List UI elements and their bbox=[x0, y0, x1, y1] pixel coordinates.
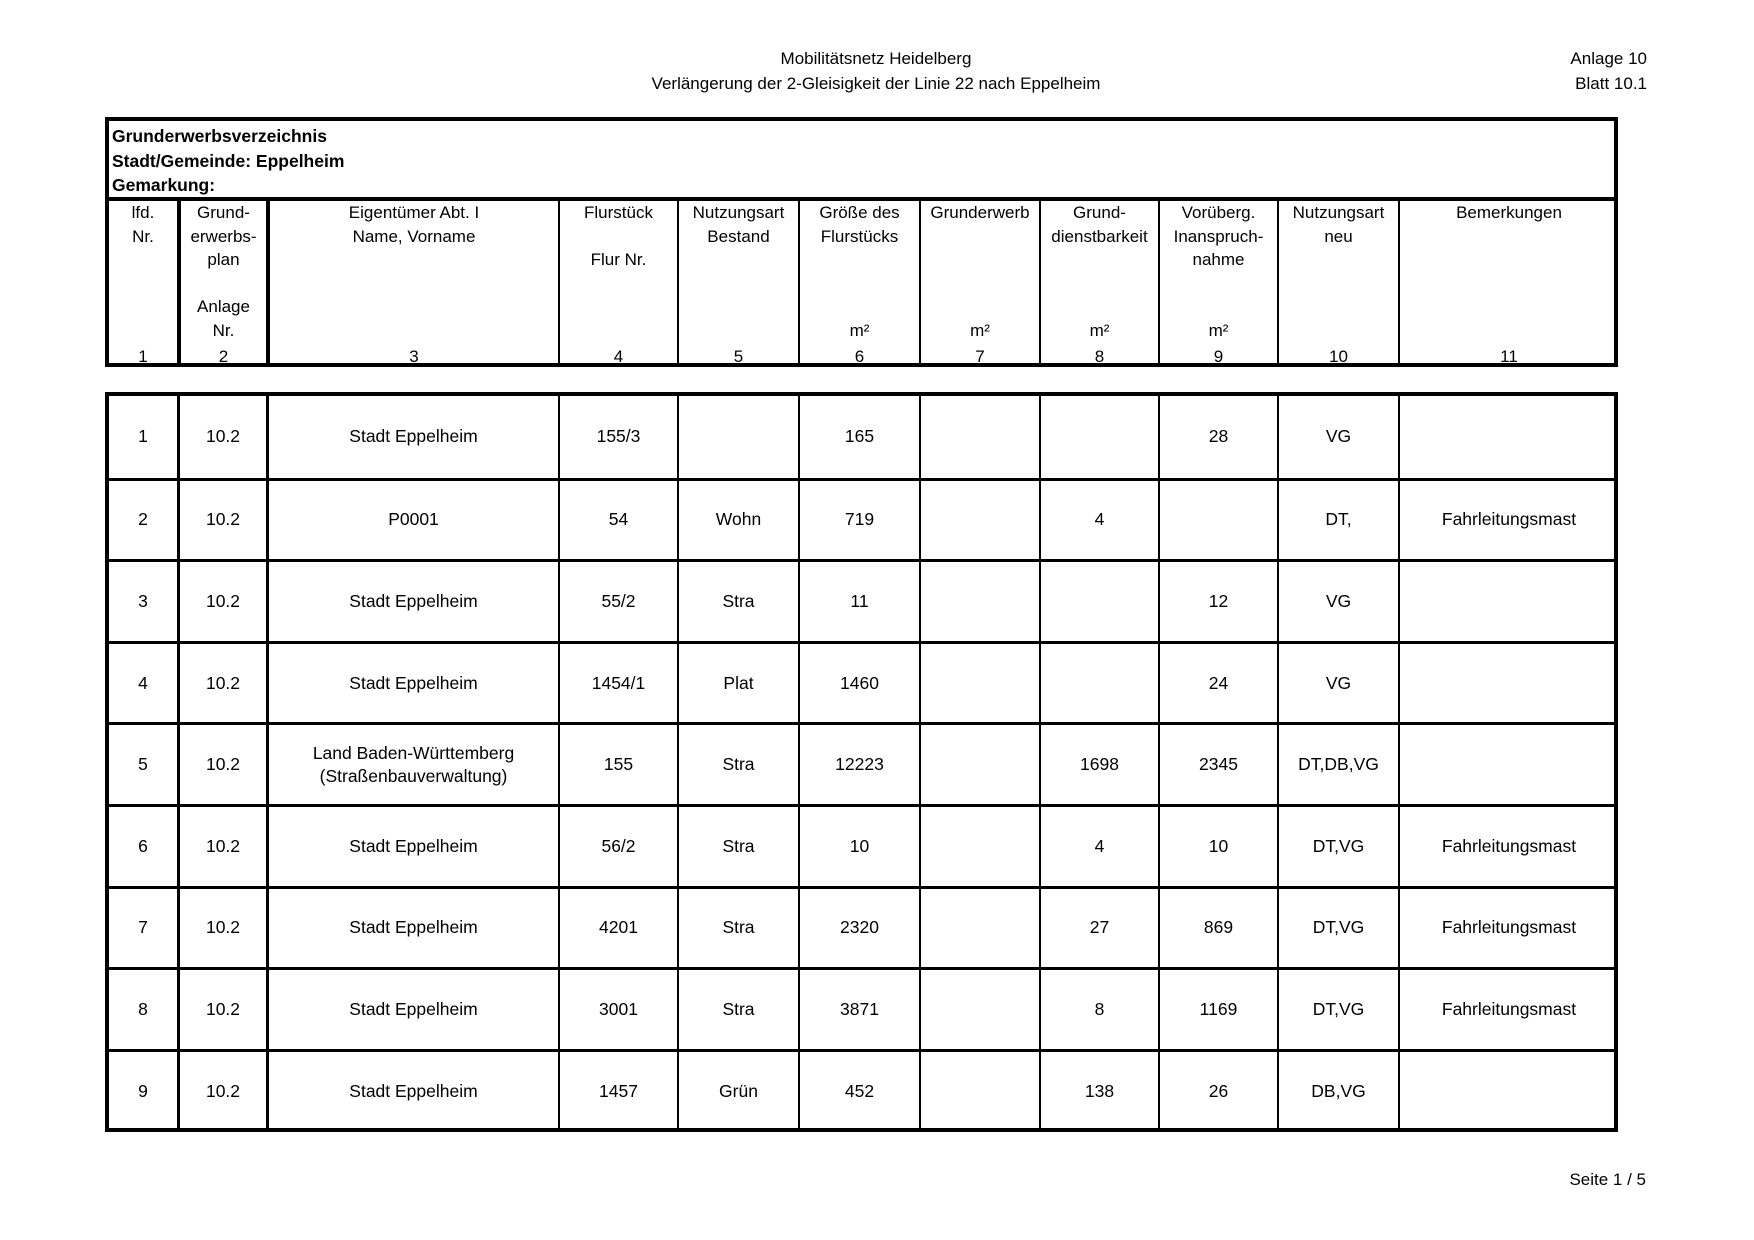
cell-value: 155 bbox=[604, 753, 633, 776]
cell-nutzungsart-neu: DB,VG bbox=[1277, 1052, 1398, 1131]
cell-value: 165 bbox=[845, 425, 874, 448]
cell-value: Stadt Eppelheim bbox=[349, 916, 477, 939]
cell-value: 3871 bbox=[840, 998, 879, 1021]
cell-value: DT,DB,VG bbox=[1298, 753, 1379, 776]
cell-plan-nr: 10.2 bbox=[177, 889, 266, 968]
anlage-label: Anlage 10 bbox=[1570, 46, 1647, 71]
table-row: 310.2Stadt Eppelheim55/2Stra1112VG bbox=[109, 559, 1614, 641]
table-row: 210.2P000154Wohn7194DT,Fahrleitungsmast bbox=[109, 478, 1614, 560]
cell-dienstbarkeit: 27 bbox=[1039, 889, 1158, 968]
cell-plan-nr: 10.2 bbox=[177, 562, 266, 641]
cell-groesse: 165 bbox=[798, 396, 919, 478]
cell-nutzungsart-neu: DT,DB,VG bbox=[1277, 725, 1398, 804]
cell-owner: Stadt Eppelheim bbox=[266, 970, 558, 1049]
cell-flurstueck: 1454/1 bbox=[558, 644, 677, 723]
cell-owner: Stadt Eppelheim bbox=[266, 396, 558, 478]
column-header-text: Vorüberg. bbox=[1160, 201, 1277, 225]
sheet-reference: Anlage 10 Blatt 10.1 bbox=[1570, 46, 1647, 96]
cell-value: Stadt Eppelheim bbox=[349, 590, 477, 613]
cell-value: 10.2 bbox=[206, 425, 240, 448]
cell-value: Fahrleitungsmast bbox=[1442, 835, 1576, 858]
cell-bemerkungen: Fahrleitungsmast bbox=[1398, 481, 1618, 560]
cell-lfd-nr: 1 bbox=[109, 396, 177, 478]
column-header-bemerkungen: Bemerkungen11 bbox=[1398, 201, 1618, 363]
cell-groesse: 3871 bbox=[798, 970, 919, 1049]
column-header-plan-nr: Grund-erwerbs-planAnlageNr.2 bbox=[177, 201, 266, 363]
cell-groesse: 719 bbox=[798, 481, 919, 560]
cell-grunderwerb bbox=[919, 889, 1039, 968]
cell-value: Stra bbox=[722, 590, 754, 613]
column-header-text: Eigentümer Abt. I bbox=[270, 201, 558, 225]
cell-value: 155/3 bbox=[597, 425, 641, 448]
cell-owner: Stadt Eppelheim bbox=[266, 807, 558, 886]
cell-nutzungsart-neu: DT,VG bbox=[1277, 807, 1398, 886]
column-header-text: Bestand bbox=[679, 225, 798, 249]
cell-value: 10.2 bbox=[206, 672, 240, 695]
cell-value: Stadt Eppelheim bbox=[349, 835, 477, 858]
blatt-label: Blatt 10.1 bbox=[1570, 71, 1647, 96]
cell-flurstueck: 54 bbox=[558, 481, 677, 560]
cell-value: Stra bbox=[722, 998, 754, 1021]
cell-dienstbarkeit: 138 bbox=[1039, 1052, 1158, 1131]
cell-value: 9 bbox=[138, 1080, 148, 1103]
cell-value: Fahrleitungsmast bbox=[1442, 998, 1576, 1021]
column-header-text: erwerbs- bbox=[181, 225, 266, 249]
column-header-text: Flurstück bbox=[560, 201, 677, 225]
cell-voruebergehend: 1169 bbox=[1158, 970, 1277, 1049]
column-header-text: Grund- bbox=[1041, 201, 1158, 225]
column-number: 8 bbox=[1041, 345, 1158, 369]
cell-plan-nr: 10.2 bbox=[177, 1052, 266, 1131]
cell-lfd-nr: 6 bbox=[109, 807, 177, 886]
cell-nutzungsart-bestand bbox=[677, 396, 798, 478]
cell-plan-nr: 10.2 bbox=[177, 970, 266, 1049]
cell-value: 8 bbox=[138, 998, 148, 1021]
cell-value: 10.2 bbox=[206, 916, 240, 939]
cell-value: 10.2 bbox=[206, 1080, 240, 1103]
cell-lfd-nr: 8 bbox=[109, 970, 177, 1049]
cell-nutzungsart-bestand: Plat bbox=[677, 644, 798, 723]
cell-grunderwerb bbox=[919, 562, 1039, 641]
cell-groesse: 12223 bbox=[798, 725, 919, 804]
cell-value: 2345 bbox=[1199, 753, 1238, 776]
cell-value: 3 bbox=[138, 590, 148, 613]
cell-plan-nr: 10.2 bbox=[177, 725, 266, 804]
cell-lfd-nr: 2 bbox=[109, 481, 177, 560]
cell-voruebergehend: 869 bbox=[1158, 889, 1277, 968]
cell-flurstueck: 55/2 bbox=[558, 562, 677, 641]
cell-bemerkungen bbox=[1398, 562, 1618, 641]
column-number: 2 bbox=[181, 345, 266, 369]
cell-voruebergehend: 24 bbox=[1158, 644, 1277, 723]
cell-value: Stadt Eppelheim bbox=[349, 1080, 477, 1103]
cell-value: 2 bbox=[138, 508, 148, 531]
cell-bemerkungen bbox=[1398, 725, 1618, 804]
cell-value: VG bbox=[1326, 590, 1351, 613]
cell-value: 12 bbox=[1209, 590, 1228, 613]
column-header-dienstbarkeit: Grund-dienstbarkeitm²8 bbox=[1039, 201, 1158, 363]
cell-grunderwerb bbox=[919, 970, 1039, 1049]
cell-flurstueck: 1457 bbox=[558, 1052, 677, 1131]
cell-flurstueck: 155 bbox=[558, 725, 677, 804]
cell-groesse: 2320 bbox=[798, 889, 919, 968]
cell-plan-nr: 10.2 bbox=[177, 481, 266, 560]
cell-plan-nr: 10.2 bbox=[177, 644, 266, 723]
cell-dienstbarkeit: 4 bbox=[1039, 481, 1158, 560]
cell-bemerkungen bbox=[1398, 396, 1618, 478]
column-header-text bbox=[181, 272, 266, 296]
cell-groesse: 452 bbox=[798, 1052, 919, 1131]
cell-flurstueck: 155/3 bbox=[558, 396, 677, 478]
cell-owner: Stadt Eppelheim bbox=[266, 889, 558, 968]
cell-lfd-nr: 7 bbox=[109, 889, 177, 968]
cell-value: 719 bbox=[845, 508, 874, 531]
cell-lfd-nr: 3 bbox=[109, 562, 177, 641]
column-header-text: nahme bbox=[1160, 248, 1277, 272]
column-header-flurstueck: FlurstückFlur Nr.4 bbox=[558, 201, 677, 363]
cell-value: 138 bbox=[1085, 1080, 1114, 1103]
cell-value: 4201 bbox=[599, 916, 638, 939]
land-acquisition-table: 110.2Stadt Eppelheim155/316528VG210.2P00… bbox=[105, 392, 1618, 1132]
cell-bemerkungen: Fahrleitungsmast bbox=[1398, 889, 1618, 968]
cell-grunderwerb bbox=[919, 396, 1039, 478]
column-number: 3 bbox=[270, 345, 558, 369]
cell-value: 3001 bbox=[599, 998, 638, 1021]
column-header-text: Nr. bbox=[109, 225, 177, 249]
cell-value: Land Baden-Württemberg (Straßenbauverwal… bbox=[313, 742, 514, 788]
cell-value: 55/2 bbox=[601, 590, 635, 613]
column-number: 6 bbox=[800, 345, 919, 369]
cell-value: Grün bbox=[719, 1080, 758, 1103]
column-header-grunderwerb: Grunderwerbm²7 bbox=[919, 201, 1039, 363]
cell-value: 5 bbox=[138, 753, 148, 776]
cell-value: 2320 bbox=[840, 916, 879, 939]
gemarkung-label: Gemarkung: bbox=[112, 173, 1614, 198]
cell-nutzungsart-neu: VG bbox=[1277, 644, 1398, 723]
cell-value: 10.2 bbox=[206, 753, 240, 776]
cell-nutzungsart-bestand: Stra bbox=[677, 970, 798, 1049]
cell-voruebergehend: 2345 bbox=[1158, 725, 1277, 804]
cell-grunderwerb bbox=[919, 1052, 1039, 1131]
cell-nutzungsart-bestand: Wohn bbox=[677, 481, 798, 560]
cell-nutzungsart-bestand: Stra bbox=[677, 562, 798, 641]
column-header-owner: Eigentümer Abt. IName, Vorname3 bbox=[266, 201, 558, 363]
cell-dienstbarkeit: 8 bbox=[1039, 970, 1158, 1049]
cell-owner: Land Baden-Württemberg (Straßenbauverwal… bbox=[266, 725, 558, 804]
cell-owner: Stadt Eppelheim bbox=[266, 562, 558, 641]
cell-flurstueck: 4201 bbox=[558, 889, 677, 968]
document-header: Mobilitätsnetz Heidelberg Verlängerung d… bbox=[576, 46, 1176, 96]
column-header-text: Name, Vorname bbox=[270, 225, 558, 249]
cell-value: DT,VG bbox=[1313, 916, 1365, 939]
cell-value: 869 bbox=[1204, 916, 1233, 939]
cell-value: Wohn bbox=[716, 508, 761, 531]
cell-nutzungsart-neu: VG bbox=[1277, 396, 1398, 478]
table-row: 110.2Stadt Eppelheim155/316528VG bbox=[109, 396, 1614, 478]
cell-value: DT, bbox=[1325, 508, 1351, 531]
cell-value: 1454/1 bbox=[592, 672, 646, 695]
project-subtitle: Verlängerung der 2-Gleisigkeit der Linie… bbox=[576, 71, 1176, 96]
column-number: 10 bbox=[1279, 345, 1398, 369]
cell-flurstueck: 56/2 bbox=[558, 807, 677, 886]
cell-nutzungsart-neu: VG bbox=[1277, 562, 1398, 641]
cell-bemerkungen: Fahrleitungsmast bbox=[1398, 970, 1618, 1049]
cell-value: Stra bbox=[722, 753, 754, 776]
column-unit: m² bbox=[921, 319, 1039, 343]
cell-bemerkungen: Fahrleitungsmast bbox=[1398, 807, 1618, 886]
cell-value: 1698 bbox=[1080, 753, 1119, 776]
cell-value: Stra bbox=[722, 835, 754, 858]
cell-value: 8 bbox=[1095, 998, 1105, 1021]
column-unit: m² bbox=[1160, 319, 1277, 343]
cell-value: 27 bbox=[1090, 916, 1109, 939]
cell-value: Stadt Eppelheim bbox=[349, 672, 477, 695]
column-header-text bbox=[560, 225, 677, 249]
cell-value: 1457 bbox=[599, 1080, 638, 1103]
cell-dienstbarkeit bbox=[1039, 396, 1158, 478]
cell-groesse: 11 bbox=[798, 562, 919, 641]
column-header-text: Flurstücks bbox=[800, 225, 919, 249]
cell-groesse: 10 bbox=[798, 807, 919, 886]
column-header-text: Nutzungsart bbox=[1279, 201, 1398, 225]
cell-dienstbarkeit: 1698 bbox=[1039, 725, 1158, 804]
cell-value: P0001 bbox=[388, 508, 439, 531]
cell-value: Stadt Eppelheim bbox=[349, 998, 477, 1021]
cell-value: 11 bbox=[850, 590, 868, 613]
column-header-voruebergehend: Vorüberg.Inanspruch-nahmem²9 bbox=[1158, 201, 1277, 363]
table-row: 510.2Land Baden-Württemberg (Straßenbauv… bbox=[109, 722, 1614, 804]
column-header-nutzungsart-bestand: NutzungsartBestand5 bbox=[677, 201, 798, 363]
column-header-text: Nr. bbox=[181, 319, 266, 343]
cell-value: 1 bbox=[138, 425, 148, 448]
column-header-text: dienstbarkeit bbox=[1041, 225, 1158, 249]
cell-value: 54 bbox=[609, 508, 628, 531]
cell-value: 10 bbox=[1209, 835, 1228, 858]
column-header-text: Nutzungsart bbox=[679, 201, 798, 225]
cell-groesse: 1460 bbox=[798, 644, 919, 723]
column-number: 5 bbox=[679, 345, 798, 369]
cell-voruebergehend: 10 bbox=[1158, 807, 1277, 886]
cell-plan-nr: 10.2 bbox=[177, 396, 266, 478]
cell-lfd-nr: 4 bbox=[109, 644, 177, 723]
cell-value: 28 bbox=[1209, 425, 1228, 448]
cell-value: VG bbox=[1326, 425, 1351, 448]
column-header-text: Grund- bbox=[181, 201, 266, 225]
cell-value: 452 bbox=[845, 1080, 874, 1103]
cell-lfd-nr: 9 bbox=[109, 1052, 177, 1131]
cell-value: Plat bbox=[723, 672, 753, 695]
cell-value: Stadt Eppelheim bbox=[349, 425, 477, 448]
register-header: Grunderwerbsverzeichnis Stadt/Gemeinde: … bbox=[105, 117, 1618, 367]
cell-owner: Stadt Eppelheim bbox=[266, 1052, 558, 1131]
column-unit: m² bbox=[800, 319, 919, 343]
cell-value: 1460 bbox=[840, 672, 879, 695]
cell-grunderwerb bbox=[919, 644, 1039, 723]
cell-value: DB,VG bbox=[1311, 1080, 1365, 1103]
cell-value: VG bbox=[1326, 672, 1351, 695]
cell-value: 24 bbox=[1209, 672, 1228, 695]
column-header-text: Anlage bbox=[181, 295, 266, 319]
register-title: Grunderwerbsverzeichnis bbox=[112, 124, 1614, 149]
cell-value: 4 bbox=[1095, 835, 1105, 858]
column-header-text: Flur Nr. bbox=[560, 248, 677, 272]
cell-nutzungsart-neu: DT, bbox=[1277, 481, 1398, 560]
table-row: 810.2Stadt Eppelheim3001Stra387181169DT,… bbox=[109, 967, 1614, 1049]
cell-nutzungsart-neu: DT,VG bbox=[1277, 889, 1398, 968]
cell-flurstueck: 3001 bbox=[558, 970, 677, 1049]
cell-value: Fahrleitungsmast bbox=[1442, 508, 1576, 531]
cell-value: 10.2 bbox=[206, 508, 240, 531]
cell-dienstbarkeit: 4 bbox=[1039, 807, 1158, 886]
column-header-groesse: Größe desFlurstücksm²6 bbox=[798, 201, 919, 363]
table-row: 610.2Stadt Eppelheim56/2Stra10410DT,VGFa… bbox=[109, 804, 1614, 886]
cell-grunderwerb bbox=[919, 725, 1039, 804]
cell-value: 26 bbox=[1209, 1080, 1228, 1103]
page-number: Seite 1 / 5 bbox=[1569, 1170, 1646, 1190]
cell-grunderwerb bbox=[919, 807, 1039, 886]
cell-voruebergehend: 28 bbox=[1158, 396, 1277, 478]
cell-value: 12223 bbox=[835, 753, 884, 776]
column-number: 9 bbox=[1160, 345, 1277, 369]
column-header-text: Größe des bbox=[800, 201, 919, 225]
table-row: 910.2Stadt Eppelheim1457Grün45213826DB,V… bbox=[109, 1049, 1614, 1131]
municipality-label: Stadt/Gemeinde: Eppelheim bbox=[112, 149, 1614, 174]
cell-nutzungsart-bestand: Stra bbox=[677, 889, 798, 968]
column-number: 4 bbox=[560, 345, 677, 369]
cell-owner: Stadt Eppelheim bbox=[266, 644, 558, 723]
table-row: 410.2Stadt Eppelheim1454/1Plat146024VG bbox=[109, 641, 1614, 723]
cell-value: 4 bbox=[138, 672, 148, 695]
column-header-text: lfd. bbox=[109, 201, 177, 225]
cell-grunderwerb bbox=[919, 481, 1039, 560]
column-header-text: Inanspruch- bbox=[1160, 225, 1277, 249]
cell-dienstbarkeit bbox=[1039, 644, 1158, 723]
cell-nutzungsart-neu: DT,VG bbox=[1277, 970, 1398, 1049]
column-number: 7 bbox=[921, 345, 1039, 369]
register-title-block: Grunderwerbsverzeichnis Stadt/Gemeinde: … bbox=[109, 121, 1614, 201]
cell-value: 6 bbox=[138, 835, 148, 858]
table-row: 710.2Stadt Eppelheim4201Stra232027869DT,… bbox=[109, 886, 1614, 968]
column-number: 11 bbox=[1400, 345, 1618, 369]
cell-dienstbarkeit bbox=[1039, 562, 1158, 641]
cell-nutzungsart-bestand: Stra bbox=[677, 725, 798, 804]
column-header-text: plan bbox=[181, 248, 266, 272]
cell-nutzungsart-bestand: Grün bbox=[677, 1052, 798, 1131]
cell-voruebergehend: 26 bbox=[1158, 1052, 1277, 1131]
column-headers: lfd.Nr.1Grund-erwerbs-planAnlageNr.2Eige… bbox=[109, 201, 1614, 363]
cell-value: DT,VG bbox=[1313, 835, 1365, 858]
column-unit: m² bbox=[1041, 319, 1158, 343]
cell-value: 4 bbox=[1095, 508, 1105, 531]
cell-value: 1169 bbox=[1200, 998, 1238, 1021]
cell-value: 10 bbox=[850, 835, 869, 858]
cell-lfd-nr: 5 bbox=[109, 725, 177, 804]
cell-plan-nr: 10.2 bbox=[177, 807, 266, 886]
cell-value: 10.2 bbox=[206, 835, 240, 858]
cell-value: DT,VG bbox=[1313, 998, 1365, 1021]
project-title: Mobilitätsnetz Heidelberg bbox=[576, 46, 1176, 71]
column-header-nutzungsart-neu: Nutzungsartneu10 bbox=[1277, 201, 1398, 363]
cell-value: Stra bbox=[722, 916, 754, 939]
column-header-lfd-nr: lfd.Nr.1 bbox=[109, 201, 177, 363]
cell-value: 10.2 bbox=[206, 590, 240, 613]
cell-bemerkungen bbox=[1398, 644, 1618, 723]
cell-value: 10.2 bbox=[206, 998, 240, 1021]
column-header-text: Grunderwerb bbox=[921, 201, 1039, 225]
column-header-text: neu bbox=[1279, 225, 1398, 249]
column-number: 1 bbox=[109, 345, 177, 369]
column-header-text: Bemerkungen bbox=[1400, 201, 1618, 225]
cell-value: 56/2 bbox=[601, 835, 635, 858]
cell-bemerkungen bbox=[1398, 1052, 1618, 1131]
cell-nutzungsart-bestand: Stra bbox=[677, 807, 798, 886]
cell-value: 7 bbox=[138, 916, 148, 939]
cell-value: Fahrleitungsmast bbox=[1442, 916, 1576, 939]
cell-voruebergehend: 12 bbox=[1158, 562, 1277, 641]
cell-voruebergehend bbox=[1158, 481, 1277, 560]
cell-owner: P0001 bbox=[266, 481, 558, 560]
